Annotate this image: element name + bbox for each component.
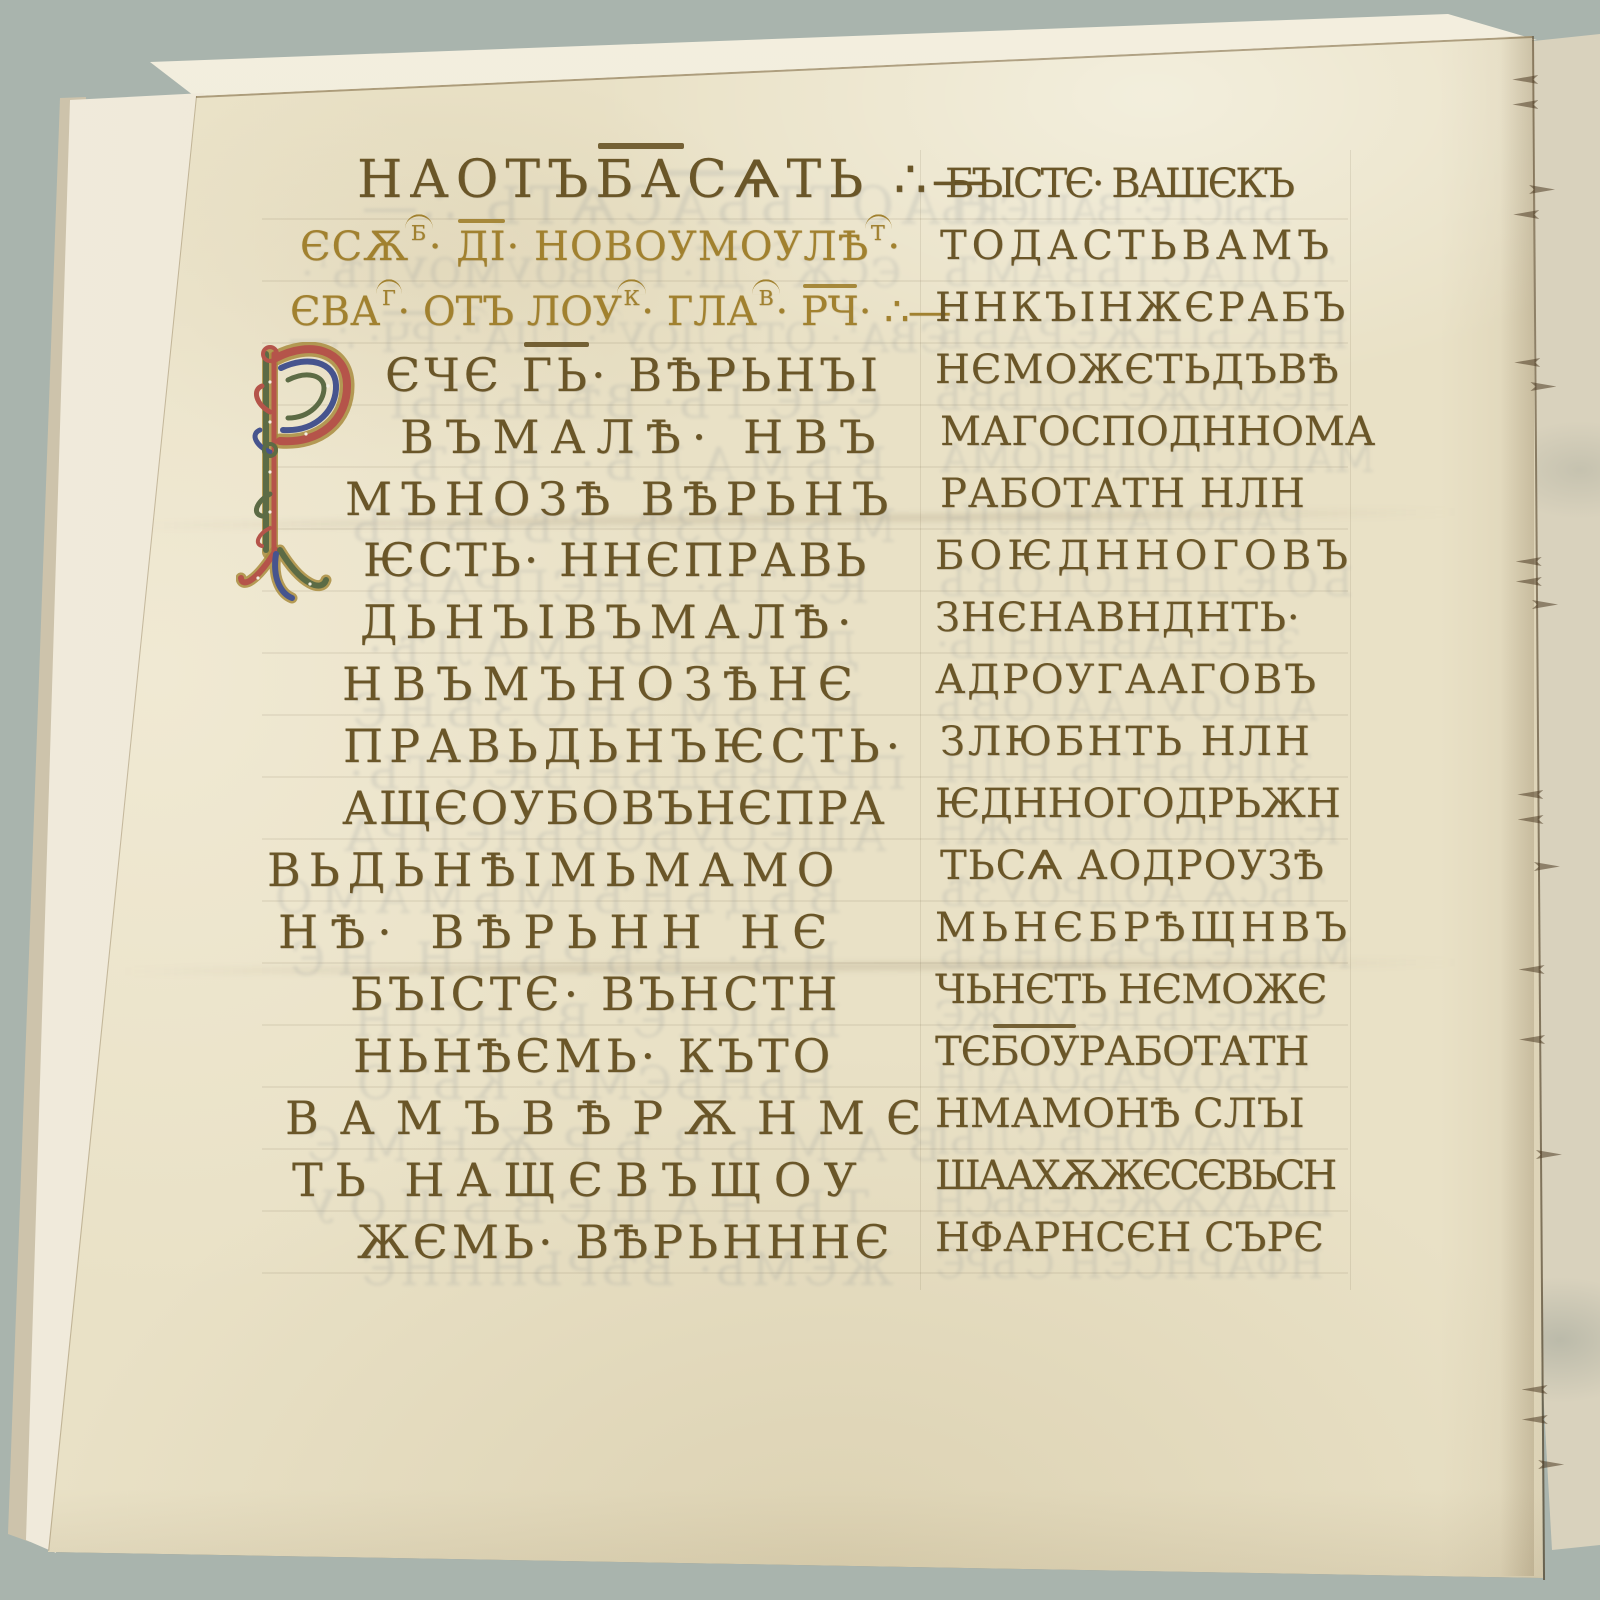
text-line: МЪНОЗѢ ВѢРЬНЪ (345, 476, 896, 522)
rubric-line: ЄВАГ· ОТЪ ЛОУК· ГЛАВ· РЧ· ∴― (290, 292, 950, 332)
text-line: МЬНЄБРѢЩНВЪ (935, 908, 1352, 948)
text-line: ЄЧЄ ГЬ· ВѢРЬНЪІ (385, 352, 882, 398)
text-line: НФАРНСЄН СЪРЄ (935, 1218, 1324, 1258)
text-line: ВАМЪВѢРѪНМЄ (285, 1095, 942, 1141)
text-line: АЩЄОУБОВЪНЄПРА (342, 785, 887, 831)
text-line: ѤДННОГОДРЬЖН (935, 784, 1341, 824)
manuscript-page: НАОТЪБАСѦТЬ ∴―ЄСѪБ· ДІ· НОВОУМОУЛѢТ·ЄВАГ… (0, 0, 1600, 1600)
text-line: МАГОСПОДННОМА (940, 412, 1375, 452)
titlo-abbreviation: БА (595, 150, 687, 210)
superscript-letter: К (624, 288, 640, 309)
text-line: НЄМОЖЄТЬДЪВѢ (935, 350, 1340, 390)
titlo-abbreviation: РЧ (801, 289, 859, 335)
text-line: НМАМОНѢ СЛЪІ (935, 1094, 1305, 1134)
manuscript-photo: НАОТЪБАСѦТЬ ∴―ЄСѪБ· ДІ· НОВОУМОУЛѢТ·ЄВАГ… (0, 0, 1600, 1600)
text-line: НАОТЪБАСѦТЬ ∴― (357, 154, 993, 206)
text-line: ВЪМАЛѢ· НВЪ (400, 414, 886, 460)
gutter-shadow (1500, 36, 1534, 1576)
text-line: ННКЪІНЖЄРАБЪ (935, 288, 1348, 328)
superscript-letter: Г (382, 288, 396, 309)
superscript-letter: Т (871, 223, 886, 244)
text-line: ВЬДЬНѢІМЬМАМО (267, 847, 842, 893)
text-line: НЬНѢЄМЬ· КЪТО (353, 1033, 834, 1079)
text-line: БЪІСТЄ· ВЪНСТН (350, 971, 841, 1017)
rubric-line: ЄСѪБ· ДІ· НОВОУМОУЛѢТ· (300, 227, 901, 267)
superscript-letter: Б (411, 223, 427, 244)
text-line: ДЬНЪІВЪМАЛѢ· (360, 599, 860, 645)
text-line: ѤСТЬ· ННЄПРАВЬ (363, 537, 869, 583)
text-line: БЪІСТЄ· ВАШЄКЪ (945, 164, 1292, 204)
text-line: ЧЬНЄТЬ НЄМОЖЄ (935, 970, 1327, 1010)
text-line: ЗНЄНАВНДНТЬ· (935, 598, 1301, 638)
text-line: ТОДАСТЬВАМЪ (940, 226, 1334, 266)
text-line: НВЪМЪНОЗѢНЄ (342, 661, 863, 707)
text-line: АДРОУГААГОВЪ (935, 660, 1318, 700)
text-line: ШААХѪЖЄСЄВЬСН (935, 1156, 1334, 1196)
text-line: ЖЄМЬ· ВѢРЬНННЄ (357, 1219, 894, 1265)
text-line: ЗЛЮБНТЬ НЛН (940, 722, 1313, 762)
initial-ornament-icon (236, 342, 358, 608)
superscript-letter: В (759, 288, 774, 309)
text-line: ТЬ НАЩЄВЪЩОУ (292, 1157, 869, 1203)
titlo-abbreviation: ДІ (456, 224, 506, 270)
titlo-abbreviation: БОУ (990, 1029, 1078, 1075)
text-line: БОѤДННОГОВЪ (935, 536, 1353, 576)
text-line: ПРАВЬДЬНЪѤСТЬ· (343, 723, 906, 769)
text-line: РАБОТАТН НЛН (940, 474, 1306, 514)
text-line: ТЄБОУРАБОТАТН (935, 1032, 1308, 1072)
text-line: НѢ· ВѢРЬНН НЄ (278, 909, 839, 955)
decorated-initial-P: Р (236, 342, 358, 608)
titlo-abbreviation: ГЬ (522, 348, 591, 402)
text-line: ТЬСѦ АОДРОУЗѢ (940, 846, 1325, 886)
